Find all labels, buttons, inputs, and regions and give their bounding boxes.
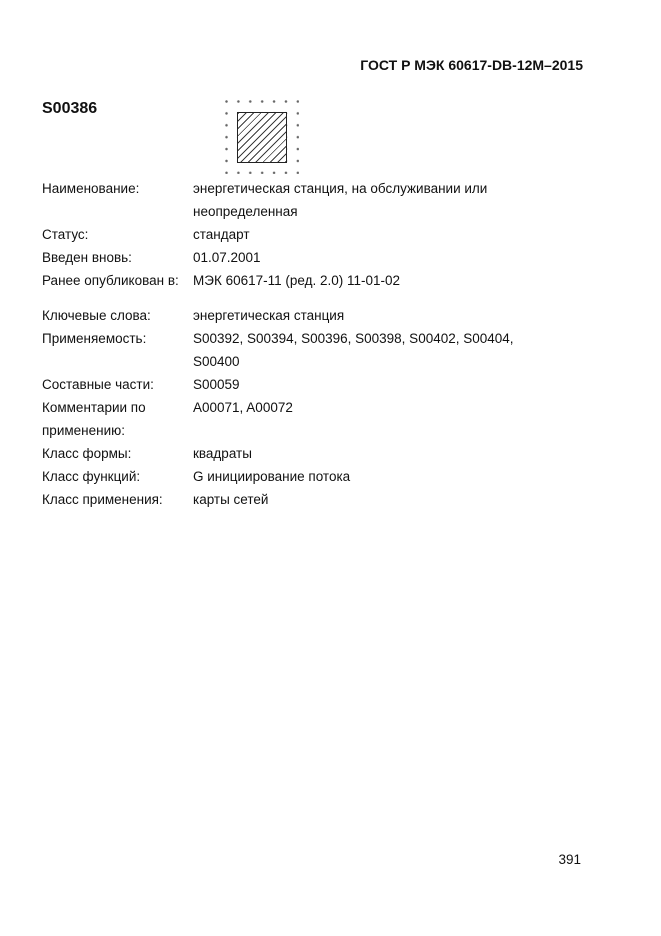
- page-number: 391: [558, 852, 581, 867]
- field-value: A00071, A00072: [193, 396, 582, 442]
- field-value-line: МЭК 60617-11 (ред. 2.0) 11-01-02: [193, 269, 582, 292]
- field-value-line: S00059: [193, 373, 582, 396]
- field-row-application-class: Класс применения: карты сетей: [42, 488, 582, 511]
- field-value: карты сетей: [193, 488, 582, 511]
- field-value-line: G инициирование потока: [193, 465, 582, 488]
- field-label: Применяемость:: [42, 327, 193, 373]
- field-row-keywords: Ключевые слова: энергетическая станция: [42, 304, 582, 327]
- field-value-line: A00071, A00072: [193, 396, 582, 419]
- field-row-application-comments: Комментарии по применению: A00071, A0007…: [42, 396, 582, 442]
- field-label: Ключевые слова:: [42, 304, 193, 327]
- field-value: МЭК 60617-11 (ред. 2.0) 11-01-02: [193, 269, 582, 292]
- field-value: 01.07.2001: [193, 246, 582, 269]
- field-value: S00059: [193, 373, 582, 396]
- field-value-line: S00392, S00394, S00396, S00398, S00402, …: [193, 327, 582, 350]
- field-value: энергетическая станция, на обслуживании …: [193, 177, 582, 223]
- field-row-function-class: Класс функций: G инициирование потока: [42, 465, 582, 488]
- field-value-line: энергетическая станция, на обслуживании …: [193, 177, 582, 200]
- field-value-line: карты сетей: [193, 488, 582, 511]
- field-value: G инициирование потока: [193, 465, 582, 488]
- field-value: стандарт: [193, 223, 582, 246]
- field-label: Класс функций:: [42, 465, 193, 488]
- field-label: Статус:: [42, 223, 193, 246]
- field-label: Комментарии по применению:: [42, 396, 193, 442]
- field-value: квадраты: [193, 442, 582, 465]
- field-value-line: квадраты: [193, 442, 582, 465]
- field-value-line: 01.07.2001: [193, 246, 582, 269]
- field-value-line: неопределенная: [193, 200, 582, 223]
- field-row-applicability: Применяемость: S00392, S00394, S00396, S…: [42, 327, 582, 373]
- field-value: S00392, S00394, S00396, S00398, S00402, …: [193, 327, 582, 373]
- field-row-introduced: Введен вновь: 01.07.2001: [42, 246, 582, 269]
- field-value-line: стандарт: [193, 223, 582, 246]
- fields-table: Наименование: энергетическая станция, на…: [42, 177, 582, 511]
- document-page: ГОСТ Р МЭК 60617-DB-12M–2015 S00386 Наим…: [0, 0, 661, 936]
- symbol-id: S00386: [42, 100, 97, 118]
- field-value: энергетическая станция: [193, 304, 582, 327]
- field-value-line: S00400: [193, 350, 582, 373]
- hatched-square-icon: [237, 112, 287, 163]
- standard-reference-header: ГОСТ Р МЭК 60617-DB-12M–2015: [360, 57, 583, 73]
- field-label: Класс формы:: [42, 442, 193, 465]
- field-label: Ранее опубликован в:: [42, 269, 193, 292]
- field-row-name: Наименование: энергетическая станция, на…: [42, 177, 582, 223]
- field-row-status: Статус: стандарт: [42, 223, 582, 246]
- field-row-shape-class: Класс формы: квадраты: [42, 442, 582, 465]
- field-label: Наименование:: [42, 177, 193, 223]
- field-row-previously-published: Ранее опубликован в: МЭК 60617-11 (ред. …: [42, 269, 582, 292]
- field-label: Введен вновь:: [42, 246, 193, 269]
- field-label: Класс применения:: [42, 488, 193, 511]
- dotted-grid-frame: [225, 100, 299, 174]
- field-row-components: Составные части: S00059: [42, 373, 582, 396]
- field-label: Составные части:: [42, 373, 193, 396]
- field-value-line: энергетическая станция: [193, 304, 582, 327]
